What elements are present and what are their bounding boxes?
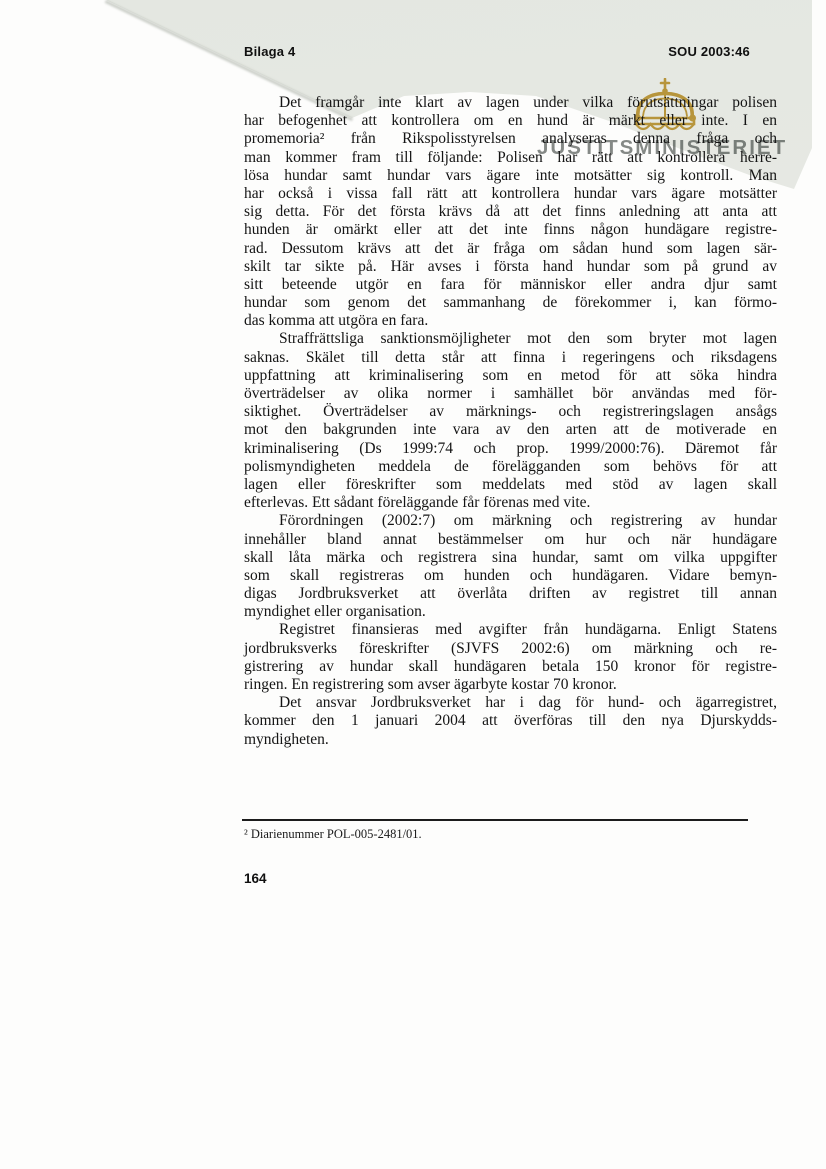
body-text-line: saknas. Skälet till detta står att finna… [244,349,777,367]
body-text-line: efterlevas. Ett sådant föreläggande får … [244,494,777,512]
body-text-line: jordbruksverks föreskrifter (SJVFS 2002:… [244,640,777,658]
document-page: Bilaga 4 SOU 2003:46 JUSTITSMINISTERIET … [0,0,826,1169]
body-text-line: myndighet eller organisation. [244,603,777,621]
body-text-line: Det framgår inte klart av lagen under vi… [244,94,777,112]
body-text-line: Registret finansieras med avgifter från … [244,621,777,639]
body-text-line: som skall registreras om hunden och hund… [244,567,777,585]
body-text-line: promemoria² från Rikspolisstyrelsen anal… [244,130,777,148]
body-text-line: Straffrättsliga sanktionsmöjligheter mot… [244,330,777,348]
footnote-rule [242,819,748,821]
body-text-line: har också i vissa fall rätt att kontroll… [244,185,777,203]
body-text-line: hunden är omärkt eller att det inte finn… [244,221,777,239]
header-document-id: SOU 2003:46 [668,44,750,59]
footnote: ² Diarienummer POL-005-2481/01. [244,827,422,842]
body-text-line: kommer den 1 januari 2004 att överföras … [244,712,777,730]
body-text-line: innehåller bland annat bestämmelser om h… [244,531,777,549]
header-appendix-label: Bilaga 4 [244,44,295,59]
body-text-line: överträdelser av olika normer i samhälle… [244,385,777,403]
body-text-line: siktighet. Överträdelser av märknings- o… [244,403,777,421]
body-text-line: uppfattning att kriminalisering som en m… [244,367,777,385]
body-text-line: mot den bakgrunden inte vara av den arte… [244,421,777,439]
body-text-line: skall låta märka och registrera sina hun… [244,549,777,567]
body-text-line: sitt beteende utgör en fara för människo… [244,276,777,294]
body-text-line: sig detta. För det första krävs då att d… [244,203,777,221]
body-text-line: Det ansvar Jordbruksverket har i dag för… [244,694,777,712]
body-text-line: lösa hundar samt hundar vars ägare inte … [244,167,777,185]
body-text-line: myndigheten. [244,731,777,749]
body-text-line: das komma att utgöra en fara. [244,312,777,330]
body-text-line: polismyndigheten meddela de föreläggande… [244,458,777,476]
body-text-line: gistrering av hundar skall hundägaren be… [244,658,777,676]
body-text-line: kriminalisering (Ds 1999:74 och prop. 19… [244,440,777,458]
body-text-line: rad. Dessutom krävs att det är fråga om … [244,240,777,258]
body-text-line: har befogenhet att kontrollera om en hun… [244,112,777,130]
body-text-line: digas Jordbruksverket att överlåta drift… [244,585,777,603]
body-text: Det framgår inte klart av lagen under vi… [244,94,777,749]
body-text-line: lagen eller föreskrifter som meddelats m… [244,476,777,494]
body-text-line: hundar som genom det sammanhang de förek… [244,294,777,312]
body-text-line: Förordningen (2002:7) om märkning och re… [244,512,777,530]
body-text-line: skilt tar sikte på. Här avses i första h… [244,258,777,276]
page-number: 164 [244,871,267,886]
body-text-line: man kommer fram till följande: Polisen h… [244,149,777,167]
body-text-line: ringen. En registrering som avser ägarby… [244,676,777,694]
